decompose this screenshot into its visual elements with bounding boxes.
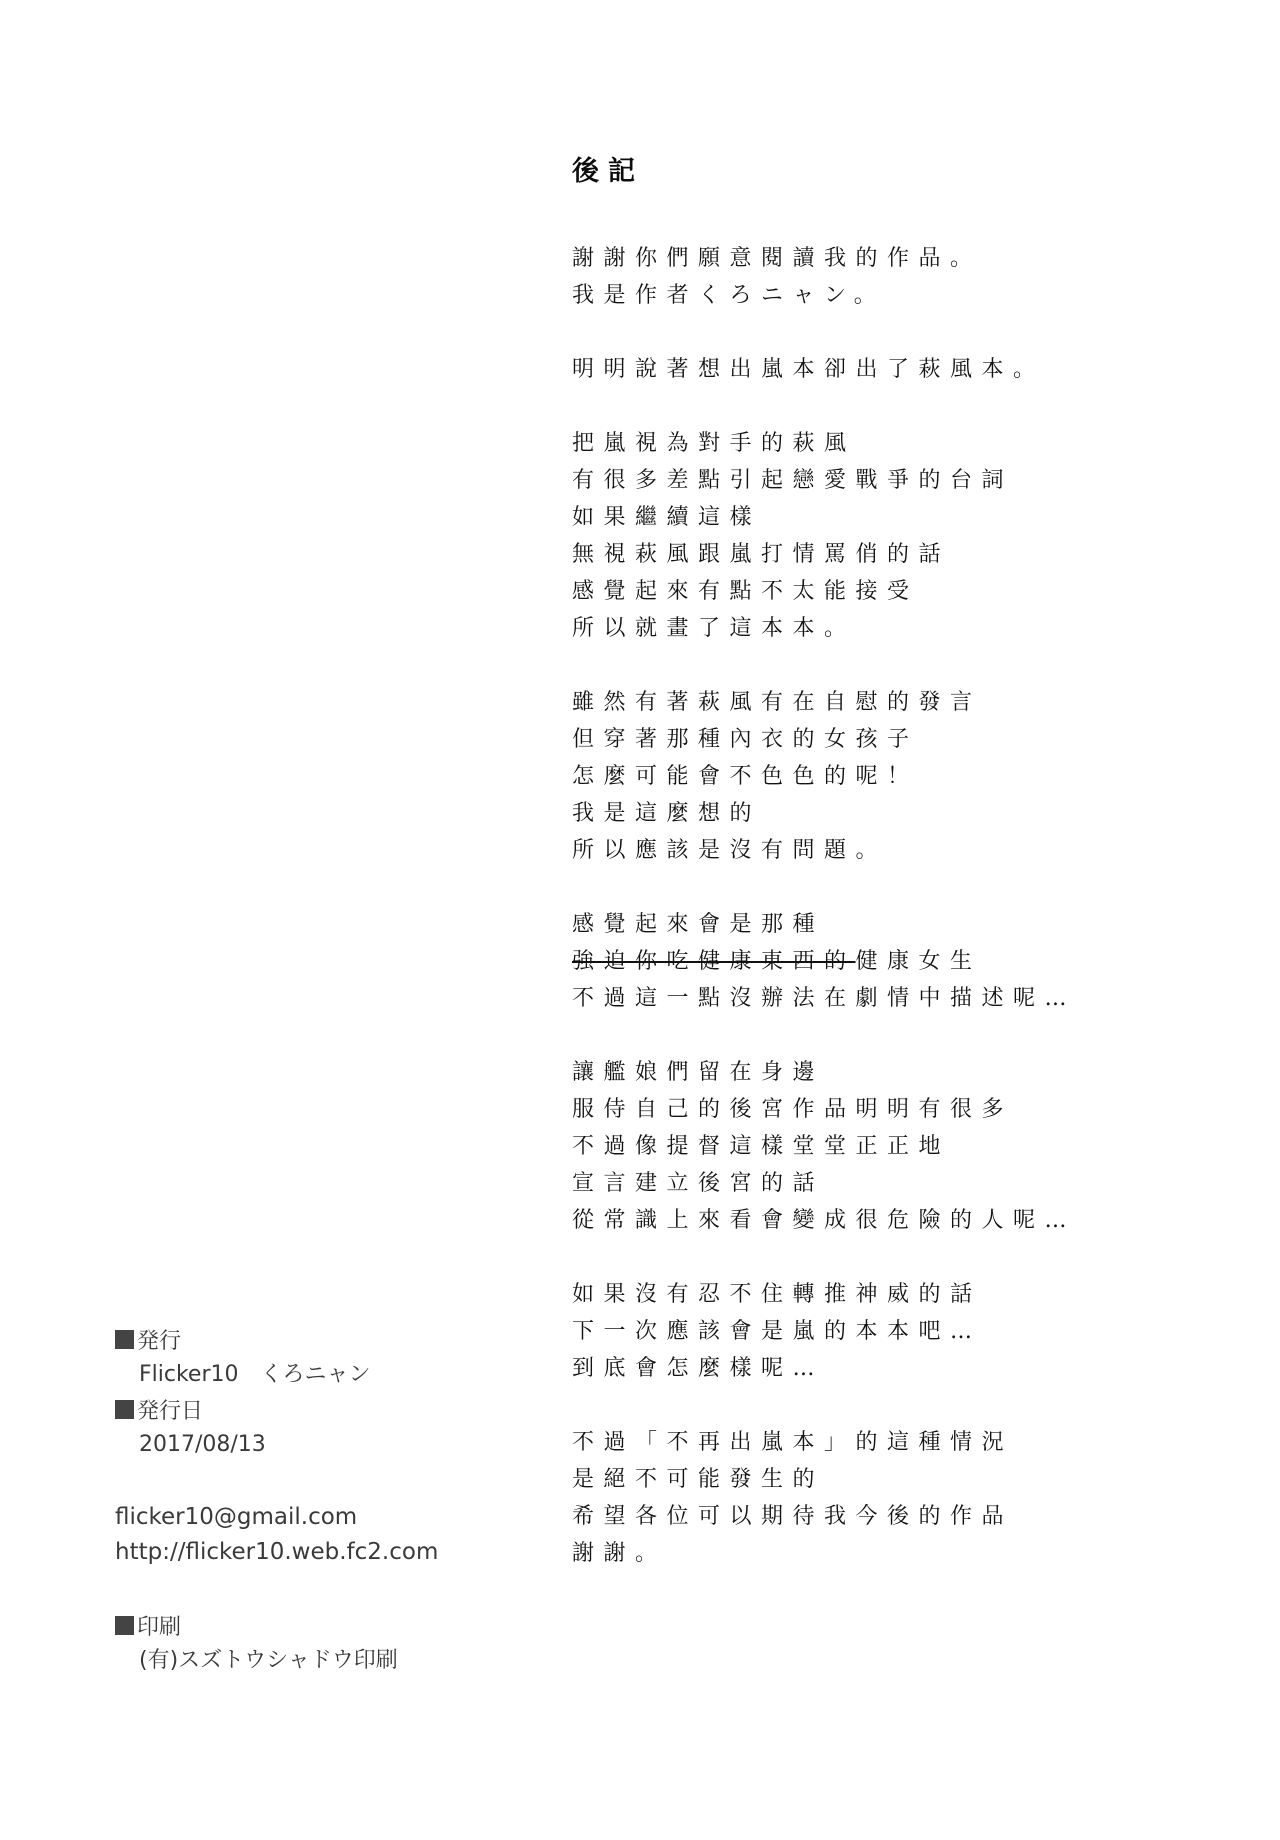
body-line: 明明說著想出嵐本卻出了萩風本。 (572, 351, 1232, 388)
blank-line (572, 1017, 1232, 1054)
body-line: 服侍自己的後宮作品明明有很多 (572, 1091, 1232, 1128)
spacer (115, 1462, 535, 1500)
blank-line (572, 869, 1232, 906)
email-address: flicker10@gmail.com (115, 1500, 535, 1535)
afterword-section: 後記 謝謝你們願意閱讀我的作品。 我是作者くろニャン。 明明說著想出嵐本卻出了萩… (572, 152, 1232, 1572)
body-line: 把嵐視為對手的萩風 (572, 425, 1232, 462)
publisher-heading-label: 発行 (137, 1324, 181, 1355)
black-square-icon (115, 1616, 134, 1635)
body-line: 所以應該是沒有問題。 (572, 832, 1232, 869)
body-line: 是絕不可能發生的 (572, 1461, 1232, 1498)
blank-line (572, 314, 1232, 351)
date-heading-label: 発行日 (137, 1394, 203, 1425)
body-line: 我是這麼想的 (572, 795, 1232, 832)
publisher-value: Flicker10 くろニャン (115, 1357, 535, 1392)
colophon: 発行 Flicker10 くろニャン 発行日 2017/08/13 flicke… (115, 1322, 535, 1678)
body-line: 下一次應該會是嵐的本本吧… (572, 1313, 1232, 1350)
black-square-icon (115, 1330, 134, 1349)
body-line: 感覺起來有點不太能接受 (572, 573, 1232, 610)
body-line: 不過這一點沒辦法在劇情中描述呢… (572, 980, 1232, 1017)
afterword-title: 後記 (572, 152, 1232, 192)
blank-line (572, 647, 1232, 684)
body-line: 但穿著那種內衣的女孩子 (572, 721, 1232, 758)
body-line: 怎麼可能會不色色的呢！ (572, 758, 1232, 795)
body-line: 我是作者くろニャン。 (572, 277, 1232, 314)
body-line: 希望各位可以期待我今後的作品 (572, 1498, 1232, 1535)
body-line: 謝謝你們願意閱讀我的作品。 (572, 240, 1232, 277)
body-line: 所以就畫了這本本。 (572, 610, 1232, 647)
body-line: 從常識上來看會變成很危險的人呢… (572, 1202, 1232, 1239)
body-line: 不過像提督這樣堂堂正正地 (572, 1128, 1232, 1165)
blank-line (572, 388, 1232, 425)
printer-value: (有)スズトウシャドウ印刷 (115, 1643, 535, 1678)
date-heading: 発行日 (115, 1392, 535, 1427)
body-line: 不過「不再出嵐本」的這種情況 (572, 1424, 1232, 1461)
black-square-icon (115, 1400, 134, 1419)
body-line: 雖然有著萩風有在自慰的發言 (572, 684, 1232, 721)
struck-text: 強迫你吃健康東西的 (572, 949, 856, 974)
publish-date: 2017/08/13 (115, 1427, 535, 1462)
publisher-heading: 発行 (115, 1322, 535, 1357)
body-line: 謝謝。 (572, 1535, 1232, 1572)
body-line: 無視萩風跟嵐打情罵俏的話 (572, 536, 1232, 573)
blank-line (572, 1239, 1232, 1276)
body-line: 如果繼續這樣 (572, 499, 1232, 536)
body-text: 健康女生 (856, 949, 982, 974)
website-url: http://flicker10.web.fc2.com (115, 1535, 535, 1570)
body-line: 宣言建立後宮的話 (572, 1165, 1232, 1202)
body-line-with-strikethrough: 強迫你吃健康東西的健康女生 (572, 943, 1232, 980)
printer-heading-label: 印刷 (137, 1610, 181, 1641)
blank-line (572, 1387, 1232, 1424)
body-line: 有很多差點引起戀愛戰爭的台詞 (572, 462, 1232, 499)
body-line: 如果沒有忍不住轉推神威的話 (572, 1276, 1232, 1313)
body-line: 讓艦娘們留在身邊 (572, 1054, 1232, 1091)
printer-heading: 印刷 (115, 1608, 535, 1643)
spacer (115, 1570, 535, 1608)
body-line: 感覺起來會是那種 (572, 906, 1232, 943)
afterword-body: 謝謝你們願意閱讀我的作品。 我是作者くろニャン。 明明說著想出嵐本卻出了萩風本。… (572, 240, 1232, 1572)
body-line: 到底會怎麼樣呢… (572, 1350, 1232, 1387)
